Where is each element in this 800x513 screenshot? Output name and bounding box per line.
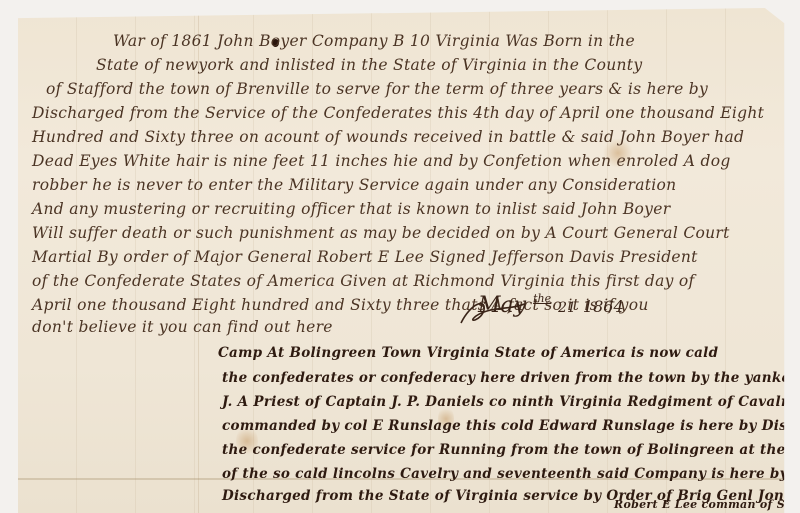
text-line: War of 1861 John Boyer Company B 10 Virg… [113, 32, 635, 50]
text-line: commanded by col E Runslage this cold Ed… [222, 418, 788, 434]
text-line: the confederates or confederacy here dri… [222, 370, 788, 386]
text-line: of the Confederate States of America Giv… [32, 272, 695, 290]
text-line: J. A Priest of Captain J. P. Daniels co … [222, 394, 788, 410]
text-line: State of newyork and inlisted in the Sta… [96, 56, 642, 74]
date-month: May [478, 293, 526, 318]
date-heading: May the 21 1864 [478, 292, 624, 318]
text-line: Dead Eyes White hair is nine feet 11 inc… [32, 152, 731, 170]
date-year: 1864 [583, 297, 624, 316]
date-day-suffix: the [533, 292, 551, 305]
text-line: of Stafford the town of Brenville to ser… [46, 80, 708, 98]
text-line: Discharged from the Service of the Confe… [32, 104, 764, 122]
text-line: Hundred and Sixty three on acount of wou… [32, 128, 744, 146]
text-line: don't believe it you can find out here [32, 318, 333, 336]
text-line-signature: Robert E Lee comman of State Army [614, 498, 788, 511]
text-line: of the so cald lincolns Cavelry and seve… [222, 466, 788, 482]
text-line: And any mustering or recruiting officer … [32, 200, 670, 218]
text-line: Will suffer death or such punishment as … [32, 224, 730, 242]
text-line: the confederate service for Running from… [222, 442, 788, 458]
text-line: Camp At Bolingreen Town Virginia State o… [218, 345, 718, 361]
text-line: robber he is never to enter the Military… [32, 176, 676, 194]
text-line: Martial By order of Major General Robert… [32, 248, 698, 266]
letter-paper: War of 1861 John Boyer Company B 10 Virg… [18, 8, 788, 513]
date-day: 21 [558, 300, 576, 316]
